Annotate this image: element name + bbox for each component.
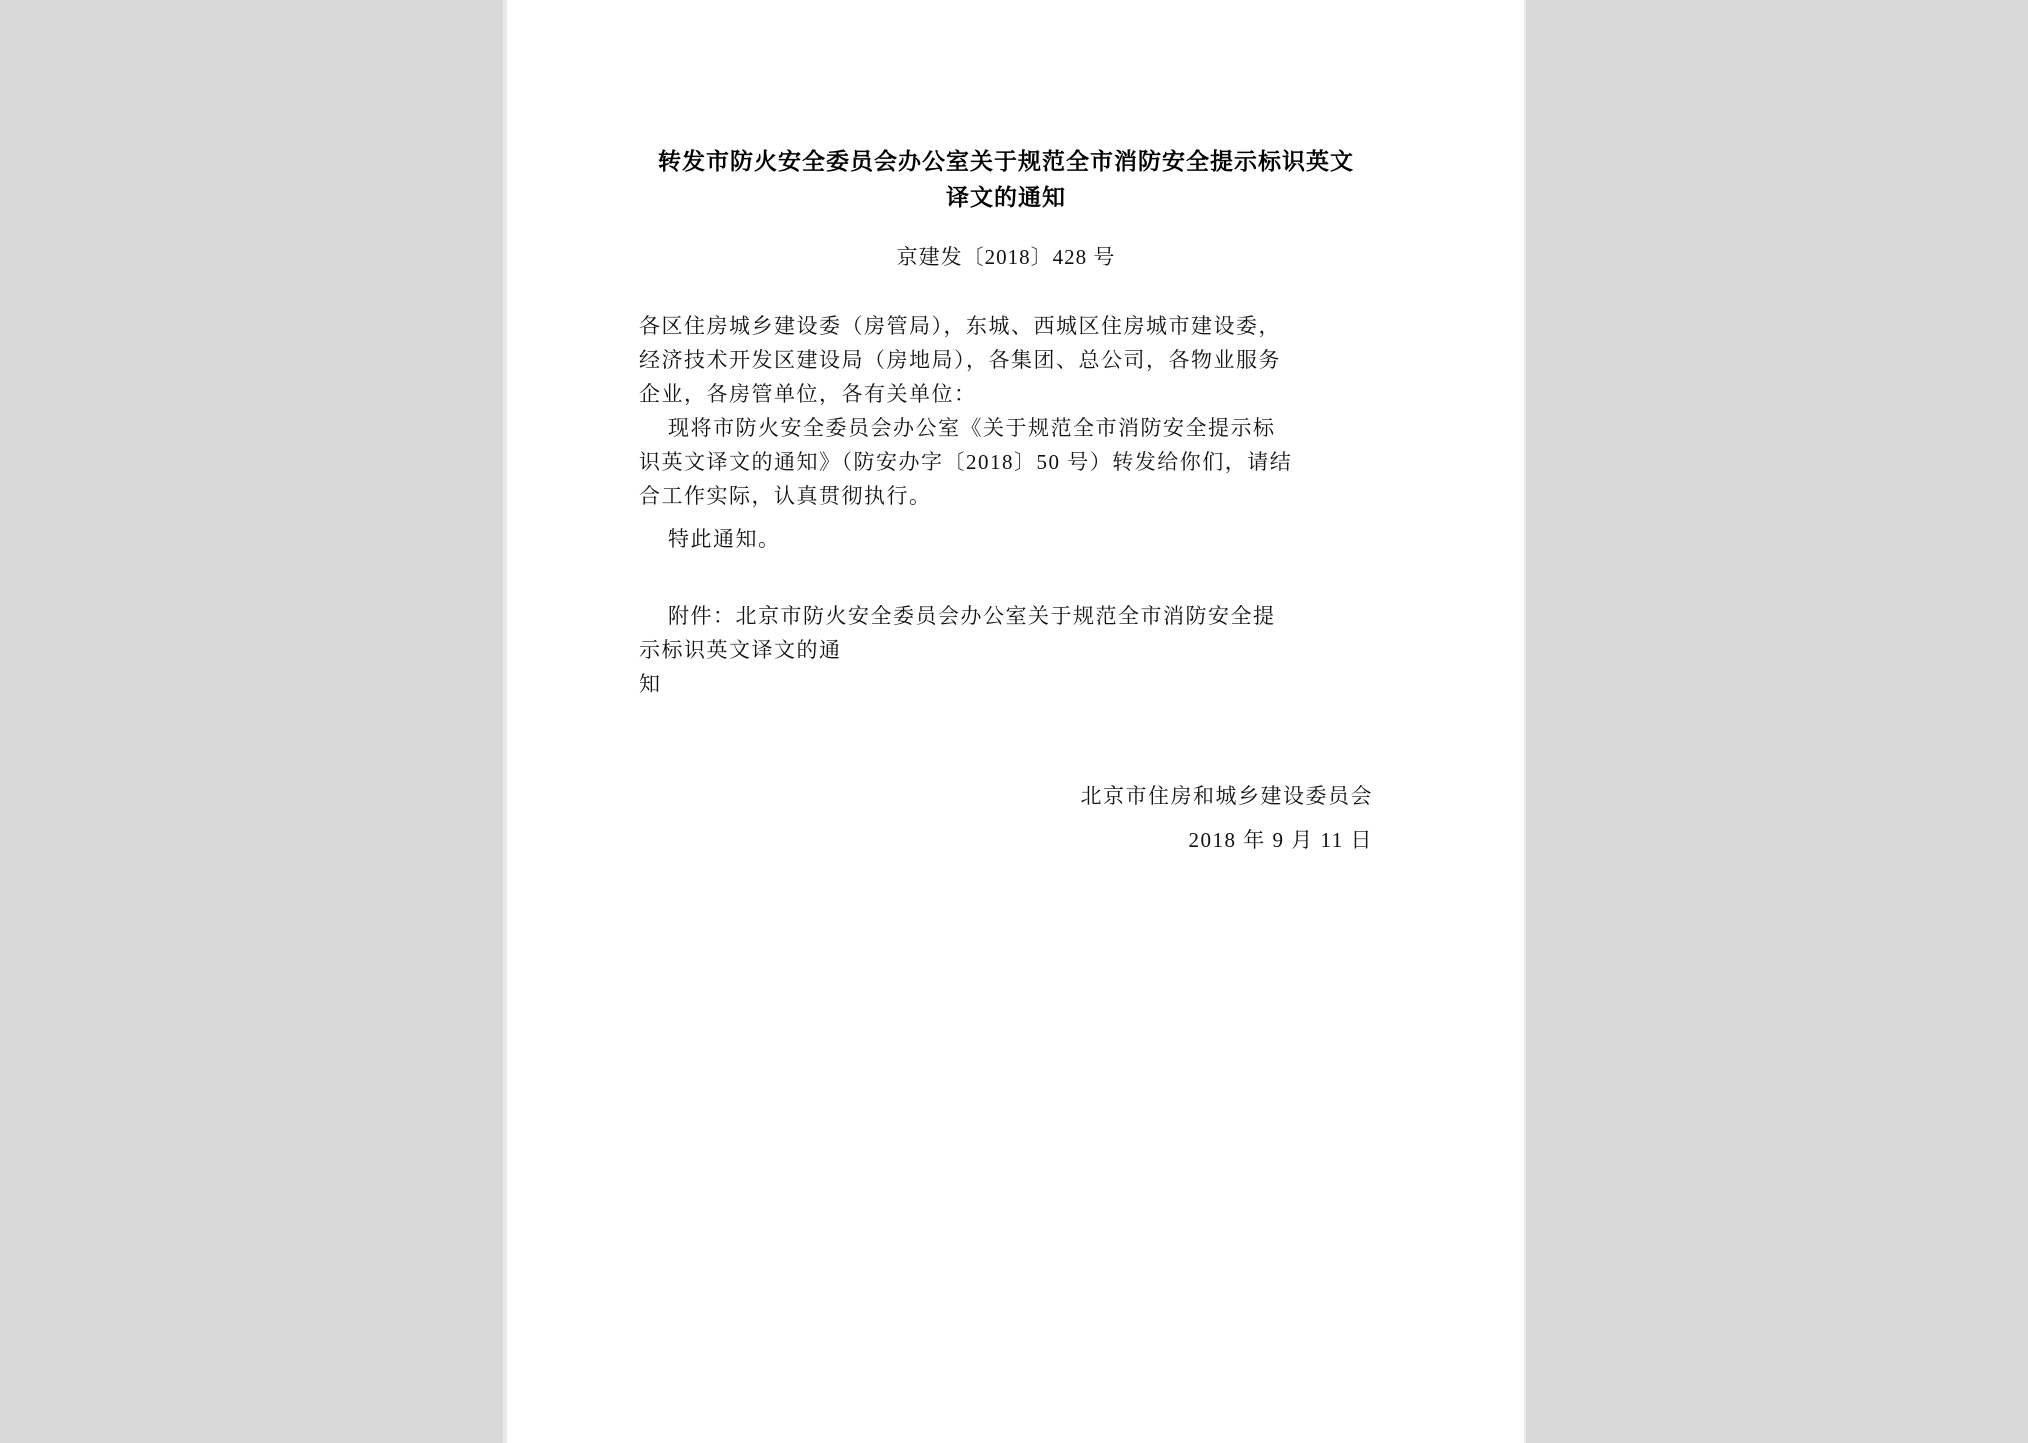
main-line-2: 识英文译文的通知》（防安办字〔2018〕50 号）转发给你们，请结 (639, 445, 1373, 479)
document-title: 转发市防火安全委员会办公室关于规范全市消防安全提示标识英文 译文的通知 (639, 144, 1373, 216)
attachment-line-1: 附件：北京市防火安全委员会办公室关于规范全市消防安全提 (639, 599, 1373, 633)
recipients-line-3: 企业，各房管单位，各有关单位： (639, 377, 1373, 411)
attachment-line-3: 知 (639, 667, 1373, 701)
title-line-1: 转发市防火安全委员会办公室关于规范全市消防安全提示标识英文 (639, 144, 1373, 180)
attachment-line-2: 示标识英文译文的通 (639, 633, 1373, 667)
attachment-paragraph: 附件：北京市防火安全委员会办公室关于规范全市消防安全提 示标识英文译文的通 知 (639, 599, 1373, 701)
main-line-1: 现将市防火安全委员会办公室《关于规范全市消防安全提示标 (639, 411, 1373, 445)
document-page: 转发市防火安全委员会办公室关于规范全市消防安全提示标识英文 译文的通知 京建发〔… (503, 0, 1526, 1443)
closing-line: 特此通知。 (639, 522, 1373, 556)
main-line-3: 合工作实际，认真贯彻执行。 (639, 479, 1373, 513)
recipients-line-1: 各区住房城乡建设委（房管局），东城、西城区住房城市建设委， (639, 309, 1373, 343)
title-line-2: 译文的通知 (639, 180, 1373, 216)
signature-organization: 北京市住房和城乡建设委员会 (639, 779, 1373, 813)
recipients-paragraph: 各区住房城乡建设委（房管局），东城、西城区住房城市建设委， 经济技术开发区建设局… (639, 309, 1373, 411)
document-content: 转发市防火安全委员会办公室关于规范全市消防安全提示标识英文 译文的通知 京建发〔… (507, 0, 1524, 857)
recipients-line-2: 经济技术开发区建设局（房地局），各集团、总公司，各物业服务 (639, 343, 1373, 377)
closing-paragraph: 特此通知。 (639, 522, 1373, 556)
gray-background: 转发市防火安全委员会办公室关于规范全市消防安全提示标识英文 译文的通知 京建发〔… (0, 0, 2028, 1443)
main-paragraph: 现将市防火安全委员会办公室《关于规范全市消防安全提示标 识英文译文的通知》（防安… (639, 411, 1373, 513)
signature-block: 北京市住房和城乡建设委员会 2018 年 9 月 11 日 (639, 779, 1373, 857)
signature-date: 2018 年 9 月 11 日 (639, 823, 1373, 857)
document-number: 京建发〔2018〕428 号 (639, 240, 1373, 274)
